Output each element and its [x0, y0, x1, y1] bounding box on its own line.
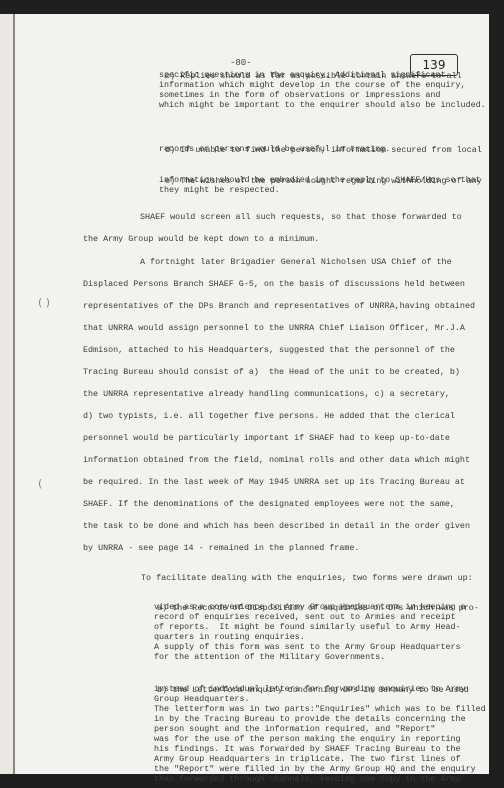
body-line: SHAEF. If the denominations of the desig… — [83, 499, 455, 509]
item-e-line: information should be embodied in the re… — [159, 175, 481, 186]
body-line: information obtained from the field, nom… — [83, 455, 470, 465]
body-line: Displaced Persons Branch SHAEF G-5, on t… — [83, 279, 465, 289]
margin-pencil-mark: ( — [38, 477, 42, 490]
item-c-line: specific questions in the enquiry. Addit… — [159, 70, 445, 81]
form-b-line: Army Group Headquarters in triplicate. T… — [154, 754, 461, 765]
form-b-line: the "Report" were filled in by the Army … — [154, 764, 476, 775]
body-line: be required. In the last week of May 194… — [83, 477, 465, 487]
body-line: Edmison, attached to his Headquarters, s… — [83, 345, 455, 355]
body-line: SHAEF would screen all such requests, so… — [140, 212, 462, 222]
body-line: Tracing Bureau should consist of a) the … — [83, 367, 460, 377]
form-b-line: in by the Tracing Bureau to provide the … — [154, 714, 466, 725]
form-a-line: for the attention of the Military Govern… — [154, 652, 385, 663]
item-e-line: they might be respected. — [159, 185, 280, 196]
form-b-line: was for the use of the person making the… — [154, 734, 461, 745]
body-line: that UNRRA would assign personnel to the… — [83, 323, 465, 333]
form-a-line: of reports. It might be found similarly … — [154, 622, 461, 633]
binding-margin — [0, 14, 13, 774]
form-b-line: person sought and the information requir… — [154, 724, 435, 735]
form-a-line: quarters in routing enquiries. — [154, 632, 305, 643]
form-b-line: instead of individual letters for forwar… — [154, 684, 466, 695]
body-line: representatives of the DPs Branch and re… — [83, 301, 475, 311]
item-c-line: sometimes in the form of observations or… — [159, 90, 440, 101]
item-c-line: information which might develop in the c… — [159, 80, 466, 91]
form-b-line: then forwarded through channels, keeping… — [154, 774, 461, 785]
item-d-line: records or persons would be useful in tr… — [159, 144, 390, 155]
form-a-line: vided as a convenience to Army Group Hea… — [154, 602, 466, 613]
body-line: the Army Group would be kept down to a m… — [83, 234, 319, 244]
form-a-line: record of enquiries received, sent out t… — [154, 612, 456, 623]
form-a-line: A supply of this form was sent to the Ar… — [154, 642, 461, 653]
body-line: d) two typists, i.e. all together five p… — [83, 411, 455, 421]
form-b-line: The letterform was in two parts:"Enquiri… — [154, 704, 486, 715]
forms-intro: To facilitate dealing with the enquiries… — [141, 573, 473, 583]
body-line: by UNRRA - see page 14 - remained in the… — [83, 543, 359, 553]
body-line: the UNRRA representative already handlin… — [83, 389, 450, 399]
form-b-line: his findings. It was forwarded by SHAEF … — [154, 744, 461, 755]
item-c-line: which might be important to the enquirer… — [159, 100, 486, 111]
page-fold-edge — [13, 14, 15, 774]
form-b-line: Group Headquarters. — [154, 694, 250, 705]
document-page: -80- 139 c) Replies should as far as pos… — [0, 14, 489, 774]
margin-pencil-mark: ( ) — [38, 296, 50, 309]
body-line: the task to be done and which has been d… — [83, 521, 470, 531]
body-line: A fortnight later Brigadier General Nich… — [140, 257, 452, 267]
body-line: personnel would be particularly importan… — [83, 433, 450, 443]
